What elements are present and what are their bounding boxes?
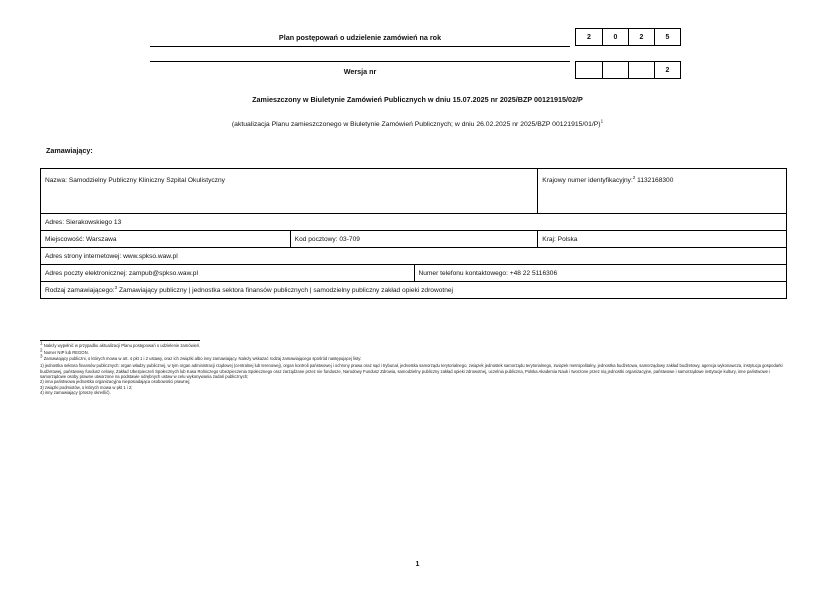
version-label: Wersja nr [150,67,570,76]
year-digit: 5 [654,29,680,45]
authority-name: Nazwa: Samodzielny Publiczny Kliniczny S… [41,169,538,214]
authority-type: Rodzaj zamawiającego:3 Zamawiający publi… [41,282,787,299]
footnote-separator [40,340,200,341]
plan-title: Plan postępowań o udzielenie zamówień na… [150,33,570,42]
version-digit: 2 [654,62,680,78]
city: Miejscowość: Warszawa [41,231,291,248]
version-rule [150,61,570,62]
email: Adres poczty elektronicznej: zampub@spks… [41,265,415,282]
version-digit [576,62,602,78]
footnote-3: 3 Zamawiający publiczni, o których mowa … [40,356,795,361]
year-digit: 2 [628,29,654,45]
footnote-list-item: 4) inny zamawiający (proszę określić). [40,390,795,395]
footnote-ref: 1 [601,119,604,124]
footnotes: 1 Należy wypełnić w przypadku aktualizac… [40,343,795,396]
phone: Numer telefonu kontaktowego: +48 22 5116… [414,265,787,282]
year-digit: 0 [602,29,628,45]
country: Kraj: Polska [538,231,787,248]
footnote-list-item: 1) jednostka sektora finansów publicznyc… [40,363,795,379]
website: Adres strony internetowej: www.spkso.waw… [41,248,787,265]
national-id: Krajowy numer identyfikacyjny:2 11321683… [538,169,787,214]
footnote-1: 1 Należy wypełnić w przypadku aktualizac… [40,343,795,348]
publication-info: Zamieszczony w Biuletynie Zamówień Publi… [0,95,835,104]
footnote-2: 2 Numer NIP lub REGON. [40,350,795,355]
version-digit [602,62,628,78]
page-number: 1 [0,561,835,568]
contracting-authority-table: Nazwa: Samodzielny Publiczny Kliniczny S… [40,168,787,299]
version-boxes: 2 [575,61,681,79]
plan-title-rule [150,46,570,47]
version-digit [628,62,654,78]
year-digit: 2 [576,29,602,45]
update-note: (aktualizacja Planu zamieszczonego w Biu… [0,121,835,128]
address: Adres: Sierakowskiego 13 [41,214,787,231]
year-boxes: 2 0 2 5 [575,28,681,46]
section-label-contracting-authority: Zamawiający: [46,146,93,155]
postal-code: Kod pocztowy: 03-709 [290,231,538,248]
update-note-text: (aktualizacja Planu zamieszczonego w Biu… [232,121,601,128]
